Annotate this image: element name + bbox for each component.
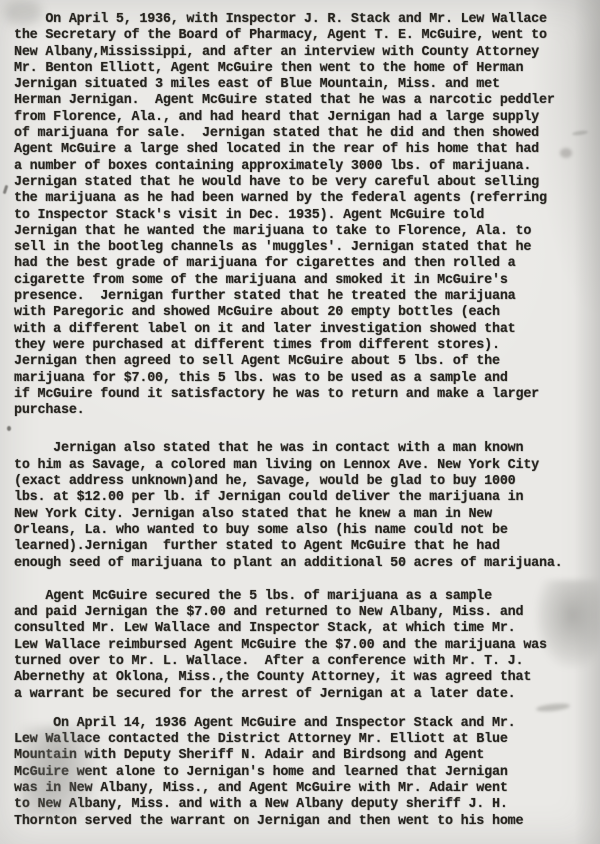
text-line: Orleans, La. who wanted to buy some also… [14, 523, 594, 539]
text-line: (exact address unknown)and he, Savage, w… [14, 474, 594, 490]
text-line: Jernigan stated that he would have to be… [14, 175, 594, 191]
document-text: On April 5, 1936, with Inspector J. R. S… [14, 12, 594, 844]
text-line: Jernigan that he wanted the marijuana to… [14, 224, 594, 240]
text-line: Jernigan situated 3 miles east of Blue M… [14, 77, 594, 93]
text-line: to him as Savage, a colored man living o… [14, 458, 594, 474]
text-line: cigarette from some of the marijuana and… [14, 273, 594, 289]
text-line: enough seed of marijuana to plant an add… [14, 556, 594, 572]
text-line: Mountain with Deputy Sheriff N. Adair an… [14, 748, 594, 764]
text-line: presence. Jernigan further stated that h… [14, 289, 594, 305]
text-line: Agent McGuire a large shed located in th… [14, 142, 594, 158]
text-line: of marijuana for sale. Jernigan stated t… [14, 126, 594, 142]
text-line: Thornton served the warrant on Jernigan … [14, 814, 594, 830]
text-line: had the best grade of marijuana for ciga… [14, 256, 594, 272]
text-line: with a different label on it and later i… [14, 322, 594, 338]
text-line: they were purchased at different times f… [14, 338, 594, 354]
text-line: Herman Jernigan. Agent McGuire stated th… [14, 93, 594, 109]
text-line: Lew Wallace reimbursed Agent McGuire the… [14, 638, 594, 654]
text-line: was in New Albany, Miss., and Agent McGu… [14, 781, 594, 797]
text-line: marijuana for $7.00, this 5 lbs. was to … [14, 371, 594, 387]
text-line: Lew Wallace contacted the District Attor… [14, 732, 594, 748]
text-line: On April 5, 1936, with Inspector J. R. S… [14, 12, 594, 28]
text-line: the Secretary of the Board of Pharmacy, … [14, 28, 594, 44]
paragraph: Jernigan also stated that he was in cont… [14, 441, 594, 571]
text-line: the marijuana as he had been warned by t… [14, 191, 594, 207]
scan-dot-mark [7, 426, 11, 431]
text-line: lbs. at $12.00 per lb. if Jernigan could… [14, 490, 594, 506]
text-line: to New Albany, Miss. and with a New Alba… [14, 797, 594, 813]
text-line: from Florence, Ala., and had heard that … [14, 110, 594, 126]
text-line: consulted Mr. Lew Wallace and Inspector … [14, 621, 594, 637]
text-line: with Paregoric and showed McGuire about … [14, 305, 594, 321]
text-line: Abernethy at Oklona, Miss.,the County At… [14, 670, 594, 686]
text-line: Mr. Benton Elliott, Agent McGuire then w… [14, 61, 594, 77]
scan-tick-mark [3, 185, 9, 194]
text-line: and paid Jernigan the $7.00 and returned… [14, 605, 594, 621]
text-line: Jernigan then agreed to sell Agent McGui… [14, 354, 594, 370]
text-line: if McGuire found it satisfactory he was … [14, 387, 594, 403]
text-line: purchase. [14, 403, 594, 419]
text-line: a number of boxes containing approximate… [14, 159, 594, 175]
paragraph: On April 5, 1936, with Inspector J. R. S… [14, 12, 594, 419]
text-line: to Inspector Stack's visit in Dec. 1935)… [14, 208, 594, 224]
text-line: On April 14, 1936 Agent McGuire and Insp… [14, 716, 594, 732]
text-line: McGuire went alone to Jernigan's home an… [14, 765, 594, 781]
text-line: sell in the bootleg channels as 'muggles… [14, 240, 594, 256]
text-line: New York City. Jernigan also stated that… [14, 507, 594, 523]
paragraph: Agent McGuire secured the 5 lbs. of mari… [14, 589, 594, 703]
paragraph: On April 14, 1936 Agent McGuire and Insp… [14, 716, 594, 830]
text-line: Agent McGuire secured the 5 lbs. of mari… [14, 589, 594, 605]
text-line: turned over to Mr. L. Wallace. After a c… [14, 654, 594, 670]
text-line: learned).Jernigan further stated to Agen… [14, 539, 594, 555]
text-line: New Albany,Mississippi, and after an int… [14, 45, 594, 61]
text-line: a warrant be secured for the arrest of J… [14, 687, 594, 703]
text-line: Jernigan also stated that he was in cont… [14, 441, 594, 457]
scanned-document-page: On April 5, 1936, with Inspector J. R. S… [0, 0, 600, 844]
